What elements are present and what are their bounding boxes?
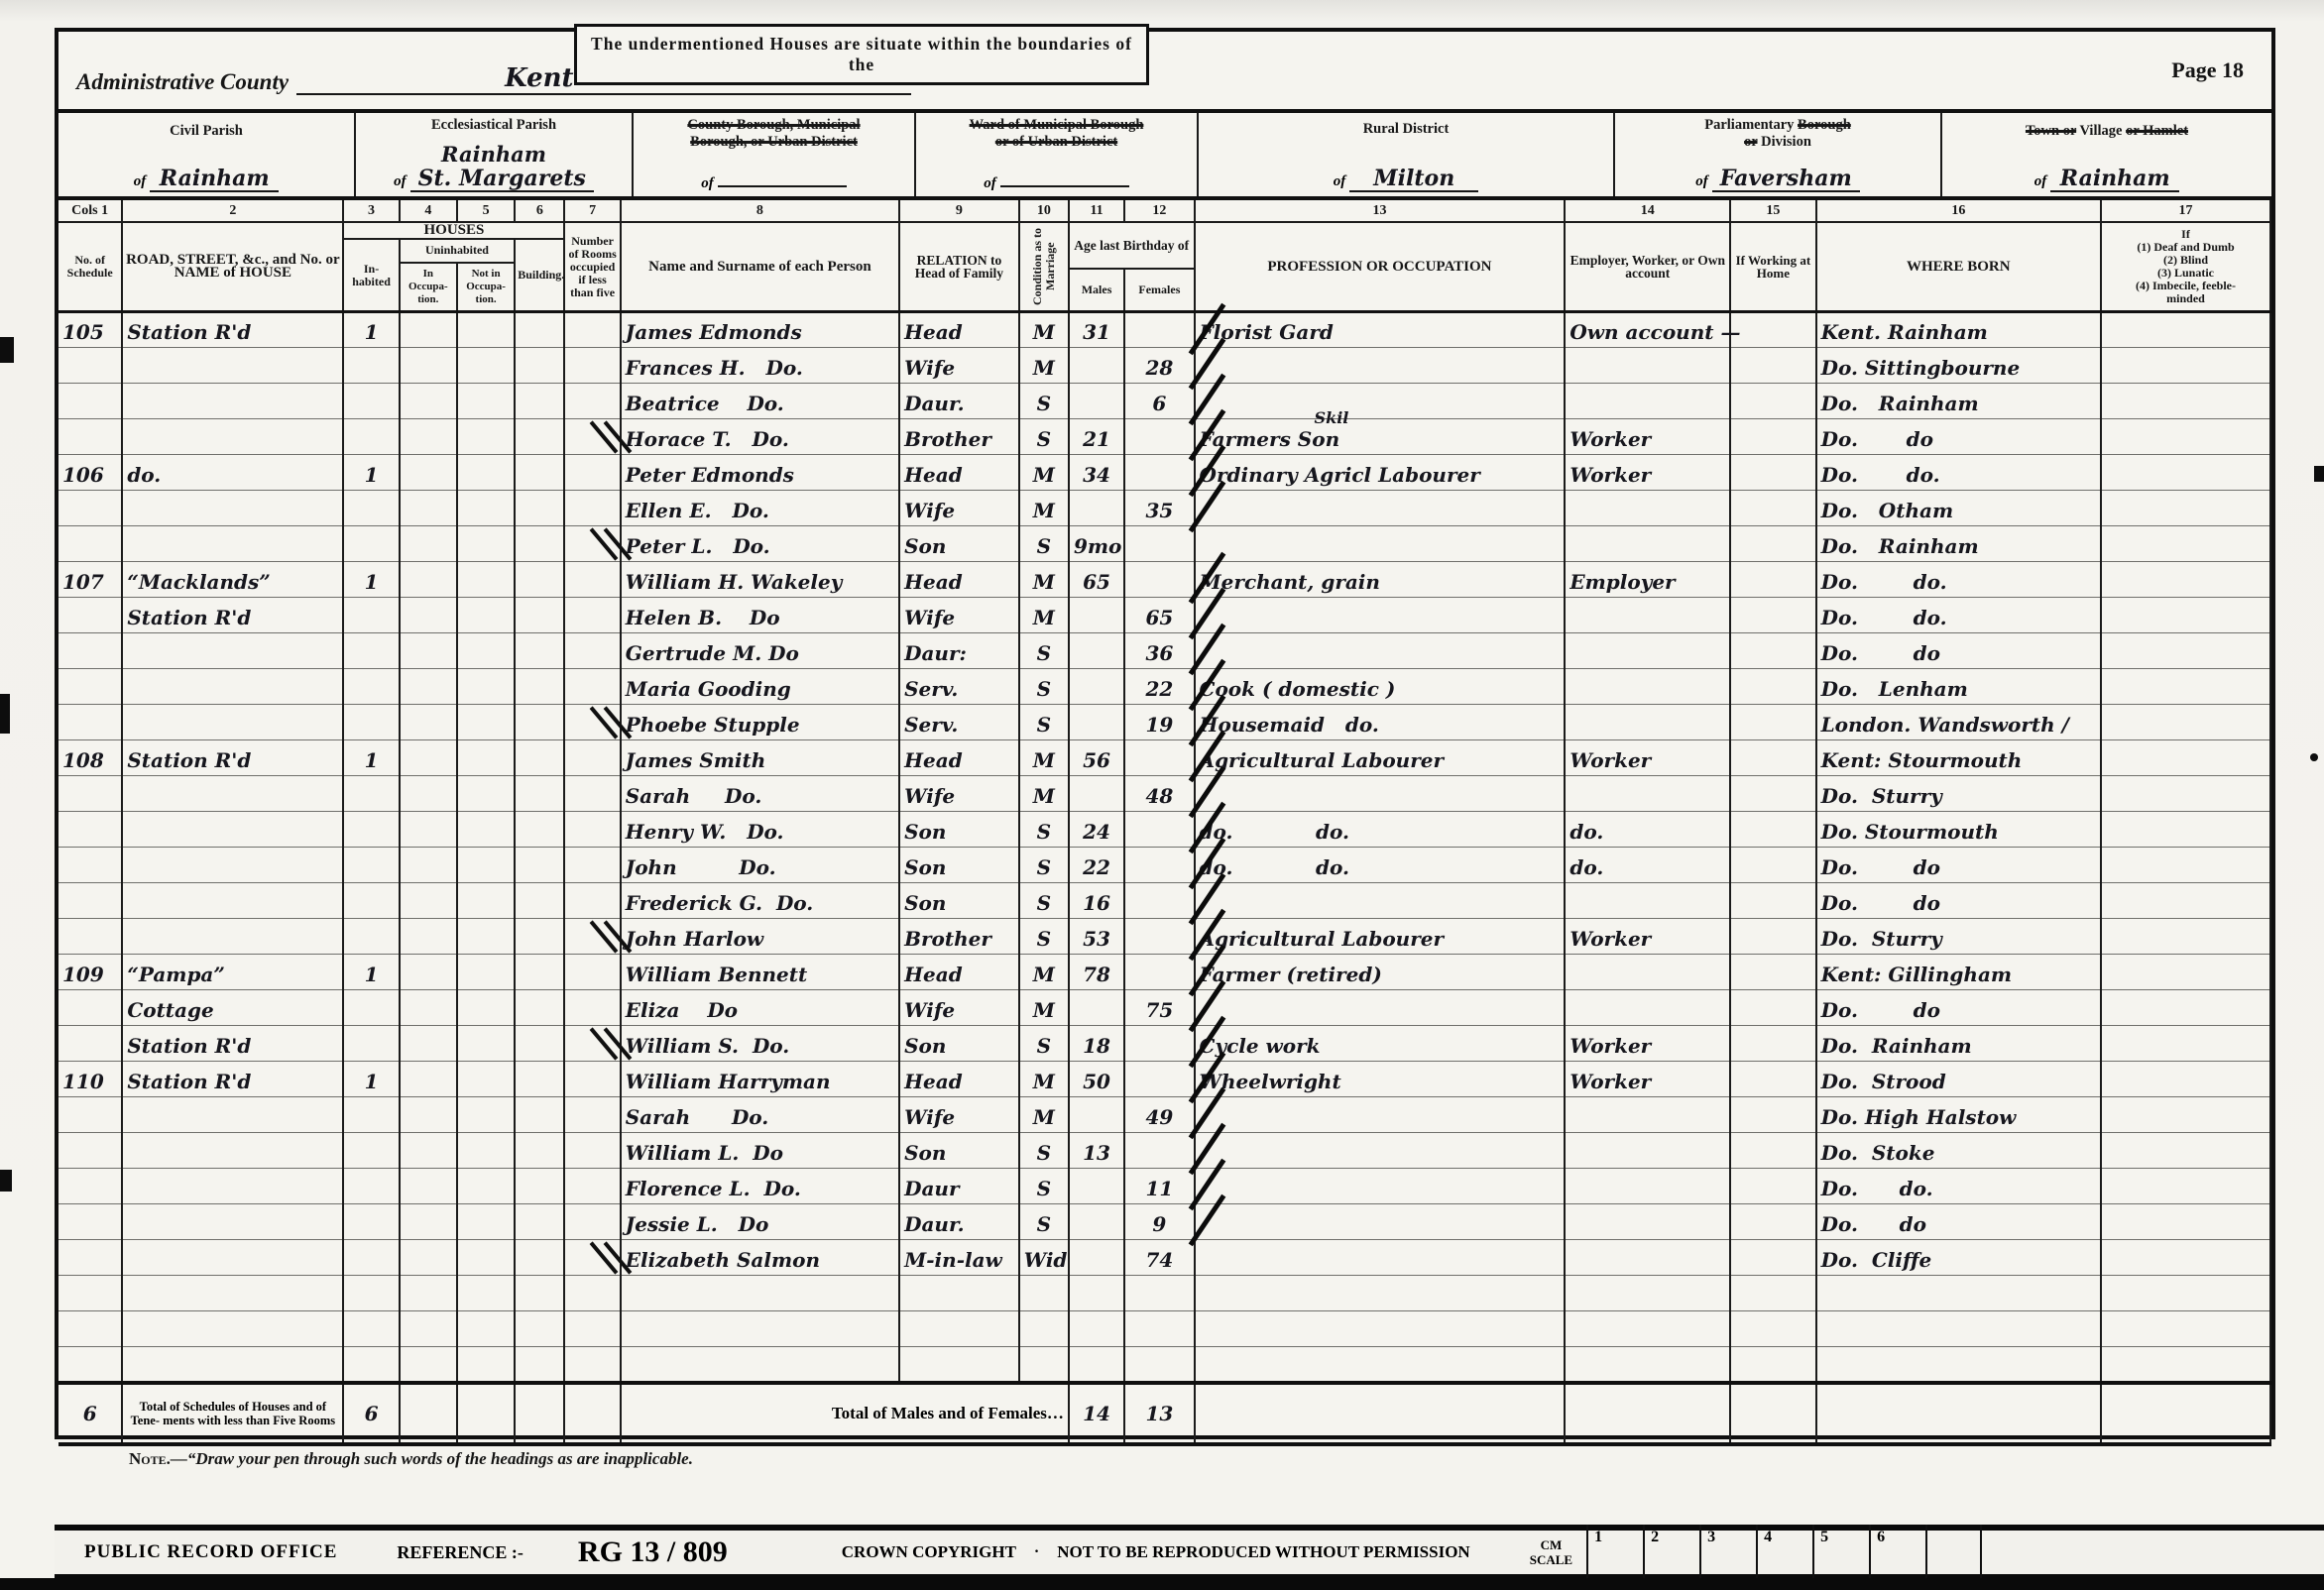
footer-reference: RG 13 / 809 — [578, 1535, 728, 1569]
working-at-home-cell — [1730, 1204, 1815, 1240]
name-cell: William Harryman — [621, 1062, 899, 1097]
not-in-occupation-cell — [457, 348, 515, 384]
age-male-cell — [1069, 491, 1124, 526]
condition-cell: M — [1019, 455, 1069, 491]
inhabited-cell: 1 — [343, 1062, 399, 1097]
inhabited-cell — [343, 1169, 399, 1204]
occupation-cell: Cycle work — [1195, 1026, 1566, 1062]
employer-cell — [1565, 705, 1730, 740]
employer-cell: Worker — [1565, 419, 1730, 455]
relation-cell: M-in-law — [899, 1240, 1019, 1276]
address-cell: Station R'd — [122, 1026, 343, 1062]
employer-cell — [1565, 1097, 1730, 1133]
relation-cell: Son — [899, 848, 1019, 883]
employer-cell — [1565, 1347, 1730, 1383]
age-female-cell — [1124, 740, 1194, 776]
working-at-home-cell — [1730, 1169, 1815, 1204]
age-male-cell: 22 — [1069, 848, 1124, 883]
occupation-cell — [1195, 990, 1566, 1026]
where-born-cell: Do. do — [1816, 848, 2101, 883]
occupation-cell: Farmer (retired) — [1195, 955, 1566, 990]
infirmities-cell — [2101, 1097, 2270, 1133]
employer-cell: Worker — [1565, 1026, 1730, 1062]
where-born-cell: Do. Sturry — [1816, 919, 2101, 955]
age-female-cell: 74 — [1124, 1240, 1194, 1276]
name-cell: Gertrude M. Do — [621, 633, 899, 669]
employer-cell — [1565, 990, 1730, 1026]
where-born-cell — [1816, 1347, 2101, 1383]
infirmities-cell — [2101, 491, 2270, 526]
ecclesiastical-parish-value-line1: Rainham — [356, 142, 632, 167]
infirmities-cell — [2101, 848, 2270, 883]
not-in-occupation-cell — [457, 776, 515, 812]
address-cell — [122, 1169, 343, 1204]
occupation-note: Skil — [1315, 403, 1349, 433]
occupation-cell — [1195, 633, 1566, 669]
schedule-number-cell — [58, 1097, 122, 1133]
working-at-home-cell — [1730, 1347, 1815, 1383]
occupation-cell — [1195, 883, 1566, 919]
county-borough-value — [718, 185, 847, 187]
in-occupation-cell — [400, 384, 457, 419]
name-cell: Eliza Do — [621, 990, 899, 1026]
relation-cell: Head — [899, 312, 1019, 348]
person-row: Cottage Eliza Do Wife M 75 Do. do — [58, 990, 2270, 1026]
town-village-cell: Town or Village or Hamlet of Rainham — [1942, 113, 2271, 196]
relation-cell: Brother — [899, 419, 1019, 455]
inhabited-cell — [343, 1276, 399, 1311]
infirmities-cell — [2101, 1311, 2270, 1347]
working-at-home-cell — [1730, 526, 1815, 562]
inhabited-cell — [343, 812, 399, 848]
parliamentary-borough-cell: Parliamentary Borough or Division of Fav… — [1615, 113, 1942, 196]
condition-cell: S — [1019, 1133, 1069, 1169]
in-occupation-cell — [400, 526, 457, 562]
schedule-number-cell — [58, 1133, 122, 1169]
name-cell: Peter L. Do. — [621, 526, 899, 562]
relation-cell: Brother — [899, 919, 1019, 955]
rooms-cell — [564, 1026, 620, 1062]
where-born-cell: Do. Rainham — [1816, 384, 2101, 419]
where-born-cell: Do. do — [1816, 883, 2101, 919]
occupation-cell: Farmers SonSkil — [1195, 419, 1566, 455]
occupation-cell: Agricultural Labourer — [1195, 740, 1566, 776]
age-female-cell — [1124, 1062, 1194, 1097]
working-at-home-cell — [1730, 384, 1815, 419]
total-males: 14 — [1069, 1383, 1124, 1444]
person-row: Beatrice Do. Daur. S 6 Do. Rainham — [58, 384, 2270, 419]
address-cell: Station R'd — [122, 598, 343, 633]
employer-cell — [1565, 1169, 1730, 1204]
person-row: William L. Do Son S 13 Do. Stoke — [58, 1133, 2270, 1169]
in-occupation-cell — [400, 1204, 457, 1240]
ward-label-1: Ward of Municipal Borough — [916, 117, 1197, 134]
building-cell — [515, 1240, 564, 1276]
occupation-cell: Florist Gard — [1195, 312, 1566, 348]
not-in-occupation-cell — [457, 633, 515, 669]
condition-cell — [1019, 1347, 1069, 1383]
rooms-cell — [564, 633, 620, 669]
age-male-cell: 21 — [1069, 419, 1124, 455]
occupation-cell — [1195, 1311, 1566, 1347]
occupation-cell: Cook ( domestic ) — [1195, 669, 1566, 705]
infirmities-cell — [2101, 812, 2270, 848]
infirmities-cell — [2101, 1169, 2270, 1204]
where-born-cell: Kent: Gillingham — [1816, 955, 2101, 990]
building-cell — [515, 1276, 564, 1311]
working-at-home-cell — [1730, 1026, 1815, 1062]
address-cell: Station R'd — [122, 312, 343, 348]
infirmities-cell — [2101, 384, 2270, 419]
age-male-cell: 18 — [1069, 1026, 1124, 1062]
where-born-cell: Do. Stoke — [1816, 1133, 2101, 1169]
working-at-home-cell — [1730, 883, 1815, 919]
address-cell — [122, 348, 343, 384]
condition-cell: M — [1019, 348, 1069, 384]
infirmities-cell — [2101, 526, 2270, 562]
age-female-cell: 65 — [1124, 598, 1194, 633]
total-schedules-count: 6 — [58, 1383, 122, 1444]
working-at-home-cell — [1730, 1133, 1815, 1169]
not-in-occupation-cell — [457, 1133, 515, 1169]
in-occupation-cell — [400, 990, 457, 1026]
occupation-cell — [1195, 384, 1566, 419]
not-in-occupation-cell — [457, 812, 515, 848]
employer-cell — [1565, 491, 1730, 526]
header-not-in-occupation: Not in Occupa-tion. — [457, 263, 515, 312]
where-born-cell: Do. High Halstow — [1816, 1097, 2101, 1133]
header-houses: HOUSES — [343, 222, 564, 239]
building-cell — [515, 1169, 564, 1204]
schedule-number-cell — [58, 669, 122, 705]
employer-cell — [1565, 1204, 1730, 1240]
occupation-cell — [1195, 1240, 1566, 1276]
footer-reference-label: REFERENCE :- — [397, 1542, 523, 1563]
in-occupation-cell — [400, 669, 457, 705]
inhabited-cell — [343, 1097, 399, 1133]
address-cell: “Pampa” — [122, 955, 343, 990]
building-cell — [515, 1133, 564, 1169]
inhabited-cell — [343, 990, 399, 1026]
condition-cell: S — [1019, 384, 1069, 419]
in-occupation-cell — [400, 562, 457, 598]
address-cell — [122, 848, 343, 883]
building-cell — [515, 1347, 564, 1383]
relation-cell: Son — [899, 1133, 1019, 1169]
infirmities-cell — [2101, 1133, 2270, 1169]
schedule-number-cell — [58, 526, 122, 562]
age-male-cell: 9mo — [1069, 526, 1124, 562]
employer-cell: Worker — [1565, 740, 1730, 776]
age-female-cell: 11 — [1124, 1169, 1194, 1204]
not-in-occupation-cell — [457, 312, 515, 348]
inhabited-cell: 1 — [343, 562, 399, 598]
working-at-home-cell — [1730, 598, 1815, 633]
where-born-cell — [1816, 1311, 2101, 1347]
address-cell: Station R'd — [122, 740, 343, 776]
working-at-home-cell — [1730, 455, 1815, 491]
relation-cell: Wife — [899, 990, 1019, 1026]
working-at-home-cell — [1730, 491, 1815, 526]
not-in-occupation-cell — [457, 1204, 515, 1240]
building-cell — [515, 1311, 564, 1347]
occupation-cell — [1195, 598, 1566, 633]
relation-cell — [899, 1311, 1019, 1347]
rooms-cell — [564, 990, 620, 1026]
not-in-occupation-cell — [457, 1276, 515, 1311]
schedule-number-cell — [58, 633, 122, 669]
condition-cell: M — [1019, 491, 1069, 526]
condition-cell: M — [1019, 562, 1069, 598]
not-in-occupation-cell — [457, 598, 515, 633]
inhabited-cell — [343, 384, 399, 419]
in-occupation-cell — [400, 1133, 457, 1169]
relation-cell: Daur. — [899, 1204, 1019, 1240]
working-at-home-cell — [1730, 848, 1815, 883]
condition-cell: S — [1019, 526, 1069, 562]
relation-cell: Head — [899, 455, 1019, 491]
age-male-cell: 56 — [1069, 740, 1124, 776]
occupation-cell — [1195, 1133, 1566, 1169]
infirmities-cell — [2101, 598, 2270, 633]
ward-label-2: or of Urban District — [916, 134, 1197, 151]
name-cell: William S. Do. — [621, 1026, 899, 1062]
relation-cell: Daur: — [899, 633, 1019, 669]
header-born: WHERE BORN — [1816, 222, 2101, 312]
rooms-cell — [564, 312, 620, 348]
rooms-cell — [564, 455, 620, 491]
age-male-cell — [1069, 633, 1124, 669]
employer-cell: Worker — [1565, 455, 1730, 491]
address-cell: Station R'd — [122, 1062, 343, 1097]
infirmities-cell — [2101, 419, 2270, 455]
person-row: 105 Station R'd 1 James Edmonds Head M 3… — [58, 312, 2270, 348]
age-male-cell — [1069, 1204, 1124, 1240]
building-cell — [515, 1062, 564, 1097]
relation-cell: Wife — [899, 491, 1019, 526]
schedule-number-cell: 108 — [58, 740, 122, 776]
condition-cell: M — [1019, 1097, 1069, 1133]
schedule-number-cell: 110 — [58, 1062, 122, 1097]
header-age: Age last Birthday of — [1069, 222, 1195, 269]
building-cell — [515, 491, 564, 526]
in-occupation-cell — [400, 1097, 457, 1133]
occupation-cell: do. do. — [1195, 848, 1566, 883]
name-cell: Sarah Do. — [621, 1097, 899, 1133]
name-cell: Ellen E. Do. — [621, 491, 899, 526]
condition-cell: M — [1019, 955, 1069, 990]
footer-scale-label: CM SCALE — [1530, 1537, 1572, 1567]
address-cell: do. — [122, 455, 343, 491]
working-at-home-cell — [1730, 419, 1815, 455]
civil-parish-value: Rainham — [150, 167, 279, 192]
age-female-cell: 19 — [1124, 705, 1194, 740]
address-cell — [122, 919, 343, 955]
condition-cell — [1019, 1311, 1069, 1347]
address-cell — [122, 705, 343, 740]
in-occupation-cell — [400, 598, 457, 633]
where-born-cell: Do. Otham — [1816, 491, 2101, 526]
rural-district-label: Rural District — [1199, 121, 1613, 138]
building-cell — [515, 669, 564, 705]
rooms-cell — [564, 562, 620, 598]
where-born-cell: Do. Rainham — [1816, 526, 2101, 562]
not-in-occupation-cell — [457, 1347, 515, 1383]
age-female-cell: 75 — [1124, 990, 1194, 1026]
address-cell — [122, 1347, 343, 1383]
infirmities-cell — [2101, 990, 2270, 1026]
inhabited-cell — [343, 526, 399, 562]
age-female-cell — [1124, 1276, 1194, 1311]
working-at-home-cell — [1730, 705, 1815, 740]
age-male-cell — [1069, 669, 1124, 705]
schedule-number-cell: 105 — [58, 312, 122, 348]
rooms-cell — [564, 848, 620, 883]
infirmities-cell — [2101, 562, 2270, 598]
relation-cell: Head — [899, 955, 1019, 990]
employer-cell — [1565, 348, 1730, 384]
county-borough-cell: County Borough, Municipal Borough, or Ur… — [634, 113, 916, 196]
person-row: Sarah Do. Wife M 48 Do. Sturry — [58, 776, 2270, 812]
building-cell — [515, 455, 564, 491]
header-home: If Working at Home — [1730, 222, 1815, 312]
in-occupation-cell — [400, 812, 457, 848]
occupation-cell — [1195, 1276, 1566, 1311]
in-occupation-cell — [400, 919, 457, 955]
person-row: Sarah Do. Wife M 49 Do. High Halstow — [58, 1097, 2270, 1133]
name-cell: William Bennett — [621, 955, 899, 990]
inhabited-cell — [343, 776, 399, 812]
age-male-cell — [1069, 1347, 1124, 1383]
in-occupation-cell — [400, 1276, 457, 1311]
totals-row: 6 Total of Schedules of Houses and of Te… — [58, 1383, 2270, 1444]
age-female-cell: 49 — [1124, 1097, 1194, 1133]
census-scan-page: Administrative CountyKent The undermenti… — [0, 0, 2324, 1590]
relation-cell: Serv. — [899, 669, 1019, 705]
person-row: Maria Gooding Serv. S 22 Cook ( domestic… — [58, 669, 2270, 705]
age-female-cell — [1124, 919, 1194, 955]
age-male-cell: 50 — [1069, 1062, 1124, 1097]
person-row: 107 “Macklands” 1 William H. Wakeley Hea… — [58, 562, 2270, 598]
infirmities-cell — [2101, 1204, 2270, 1240]
age-male-cell — [1069, 598, 1124, 633]
building-cell — [515, 562, 564, 598]
administrative-county-label: Administrative County — [76, 69, 289, 94]
relation-cell: Wife — [899, 776, 1019, 812]
person-row: 110 Station R'd 1 William Harryman Head … — [58, 1062, 2270, 1097]
in-occupation-cell — [400, 1347, 457, 1383]
name-cell: Sarah Do. — [621, 776, 899, 812]
working-at-home-cell — [1730, 1062, 1815, 1097]
name-cell: John Do. — [621, 848, 899, 883]
age-male-cell: 13 — [1069, 1133, 1124, 1169]
address-cell — [122, 1133, 343, 1169]
relation-cell: Daur. — [899, 384, 1019, 419]
schedule-number-cell — [58, 491, 122, 526]
name-cell: James Edmonds — [621, 312, 899, 348]
rural-district-value: Milton — [1349, 167, 1478, 192]
working-at-home-cell — [1730, 312, 1815, 348]
in-occupation-cell — [400, 419, 457, 455]
age-male-cell — [1069, 990, 1124, 1026]
in-occupation-cell — [400, 312, 457, 348]
header-infirmities: If (1) Deaf and Dumb (2) Blind (3) Lunat… — [2101, 222, 2270, 312]
building-cell — [515, 312, 564, 348]
relation-cell: Head — [899, 740, 1019, 776]
working-at-home-cell — [1730, 562, 1815, 598]
schedule-number-cell — [58, 348, 122, 384]
in-occupation-cell — [400, 955, 457, 990]
header-road: ROAD, STREET, &c., and No. or NAME of HO… — [122, 222, 343, 312]
rooms-cell — [564, 776, 620, 812]
occupation-cell: Housemaid do. — [1195, 705, 1566, 740]
building-cell — [515, 740, 564, 776]
name-cell: Florence L. Do. — [621, 1169, 899, 1204]
census-rows: 105 Station R'd 1 James Edmonds Head M 3… — [58, 312, 2270, 1383]
age-male-cell — [1069, 1311, 1124, 1347]
inhabited-cell — [343, 491, 399, 526]
occupation-cell — [1195, 348, 1566, 384]
in-occupation-cell — [400, 1311, 457, 1347]
occupation-cell — [1195, 1169, 1566, 1204]
working-at-home-cell — [1730, 955, 1815, 990]
person-row — [58, 1311, 2270, 1347]
condition-cell: Wid — [1019, 1240, 1069, 1276]
employer-cell — [1565, 776, 1730, 812]
inhabited-cell — [343, 1026, 399, 1062]
age-female-cell: 35 — [1124, 491, 1194, 526]
age-male-cell: 31 — [1069, 312, 1124, 348]
in-occupation-cell — [400, 1169, 457, 1204]
where-born-cell: Do. Sittingbourne — [1816, 348, 2101, 384]
person-row: John Harlow Brother S 53 Agricultural La… — [58, 919, 2270, 955]
rooms-cell — [564, 955, 620, 990]
occupation-cell — [1195, 776, 1566, 812]
rooms-cell — [564, 491, 620, 526]
rooms-cell — [564, 526, 620, 562]
rooms-cell — [564, 384, 620, 419]
where-born-cell: Do. do. — [1816, 1169, 2101, 1204]
totals-section: 6 Total of Schedules of Houses and of Te… — [58, 1383, 2270, 1444]
name-cell: Maria Gooding — [621, 669, 899, 705]
building-cell — [515, 955, 564, 990]
name-cell: William H. Wakeley — [621, 562, 899, 598]
condition-cell: S — [1019, 919, 1069, 955]
schedule-number-cell — [58, 1311, 122, 1347]
occupation-cell: Agricultural Labourer — [1195, 919, 1566, 955]
inhabited-cell: 1 — [343, 955, 399, 990]
employer-cell — [1565, 384, 1730, 419]
in-occupation-cell — [400, 883, 457, 919]
employer-cell — [1565, 1240, 1730, 1276]
age-female-cell — [1124, 312, 1194, 348]
in-occupation-cell — [400, 1026, 457, 1062]
name-cell: Henry W. Do. — [621, 812, 899, 848]
inhabited-cell — [343, 883, 399, 919]
rooms-cell — [564, 1347, 620, 1383]
inhabited-cell: 1 — [343, 740, 399, 776]
person-row: Frances H. Do. Wife M 28 Do. Sittingbour… — [58, 348, 2270, 384]
inhabited-cell: 1 — [343, 455, 399, 491]
relation-cell: Son — [899, 1026, 1019, 1062]
schedule-number-cell: 106 — [58, 455, 122, 491]
name-cell: James Smith — [621, 740, 899, 776]
relation-cell: Head — [899, 562, 1019, 598]
inhabited-cell — [343, 1133, 399, 1169]
building-cell — [515, 419, 564, 455]
civil-parish-label: Civil Parish — [58, 123, 354, 140]
building-cell — [515, 919, 564, 955]
